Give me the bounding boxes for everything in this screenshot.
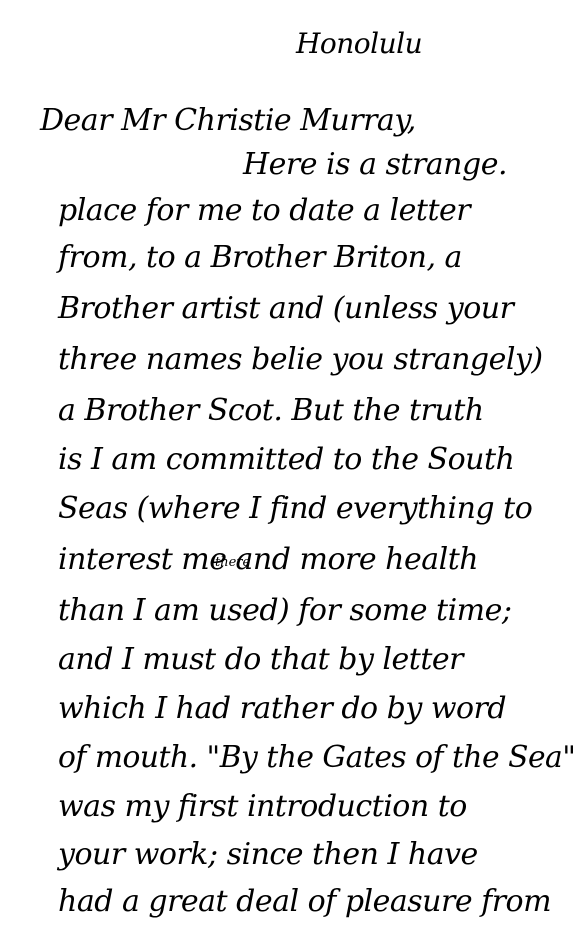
letter-line: which I had rather do by word — [58, 694, 506, 724]
letter-salutation: Dear Mr Christie Murray, — [40, 106, 416, 136]
letter-line: had a great deal of pleasure from — [58, 887, 551, 917]
handwritten-letter-page: Honolulu Dear Mr Christie Murray, Here i… — [0, 0, 587, 933]
letter-line: three names belie you strangely) — [58, 345, 543, 375]
letter-place: Honolulu — [296, 30, 422, 58]
letter-line: a Brother Scot. But the truth — [58, 396, 484, 426]
letter-line: Seas (where I find everything to — [58, 494, 532, 524]
letter-line: Here is a strange. — [243, 150, 507, 180]
letter-line: Brother artist and (unless your — [58, 294, 513, 324]
letter-line: is I am committed to the South — [58, 445, 514, 475]
letter-line: and I must do that by letter — [58, 645, 463, 675]
letter-line: place for me to date a letter — [58, 196, 470, 226]
letter-line: interest me and more health — [58, 545, 478, 575]
letter-insertion: there — [215, 555, 250, 570]
letter-line: of mouth. "By the Gates of the Sea" — [58, 743, 575, 773]
letter-line: than I am used) for some time; — [58, 596, 512, 626]
letter-line: from, to a Brother Briton, a — [58, 243, 462, 273]
letter-line: your work; since then I have — [58, 840, 478, 870]
letter-line: was my first introduction to — [58, 792, 467, 822]
